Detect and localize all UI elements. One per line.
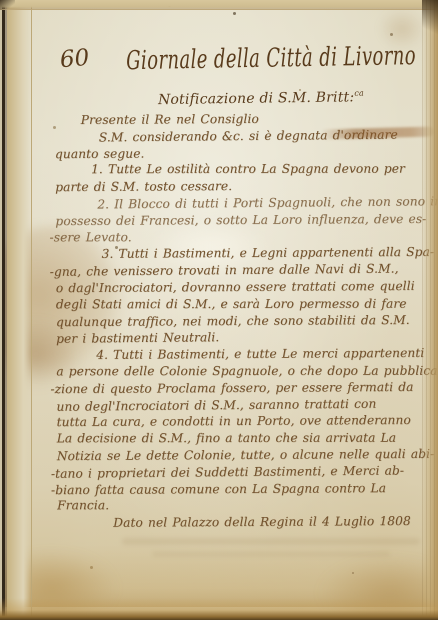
subtitle-text: Notificazione di S.M. Britt: [158, 89, 355, 108]
ink-bleedthrough [152, 551, 390, 557]
manuscript-line: S.M. considerando &c. si è degnata d'ord… [99, 126, 429, 146]
manuscript-line: -tano i proprietari dei Suddetti Bastime… [51, 462, 431, 482]
journal-title: Giornale della Città di Livorno [126, 41, 416, 77]
binding-shadow-left [0, 0, 7, 620]
manuscript-line: quanto segue. [55, 143, 429, 162]
stain [0, 552, 116, 620]
manuscript-line: uno degl'Incrociatori di S.M., saranno t… [56, 395, 430, 415]
manuscript-line: degli Stati amici di S.M., e sarà Loro p… [56, 295, 430, 312]
manuscript-line: -biano fatta causa comune con La Spagna … [51, 479, 431, 498]
stain [0, 545, 438, 607]
manuscript-line: possesso dei Francesi, o sotto La Loro i… [55, 211, 429, 230]
manuscript-line: 1. Tutte Le ostilità contro La Spagna de… [91, 161, 429, 178]
stain [320, 558, 438, 620]
speck [168, 4, 171, 7]
corner-mark-top-left [0, 0, 15, 10]
manuscript-line: La decisione di S.M., fino a tanto che s… [57, 430, 431, 447]
manuscript-page-scan: 60 Giornale della Città di Livorno Notif… [0, 0, 438, 620]
page-edge-left [7, 0, 32, 620]
dateline: Dato nel Palazzo della Regina il 4 Lugli… [113, 513, 431, 532]
manuscript-line: Francia. [57, 497, 431, 514]
manuscript-line: o dagl'Incrociatori, dovranno essere tra… [56, 278, 430, 297]
speck [352, 572, 354, 574]
manuscript-line: -sere Levato. [49, 228, 429, 245]
page-number: 60 [59, 45, 90, 73]
manuscript-body: Presente il Re nel ConsiglioS.M. conside… [55, 110, 432, 532]
subtitle-superscript: ca [354, 89, 364, 98]
speck [390, 33, 393, 36]
corner-mark-top-right [422, 0, 438, 44]
notification-subtitle: Notificazione di S.M. Britt:ca [158, 89, 364, 109]
speck [90, 566, 93, 569]
speck [233, 12, 236, 15]
page-edge-bottom [0, 598, 438, 620]
ink-bleedthrough [122, 538, 420, 545]
manuscript-line: 4. Tutti i Bastimenti, e tutte Le merci … [96, 345, 430, 364]
manuscript-line: a persone delle Colonie Spagnuole, o che… [56, 363, 430, 380]
page-edge-top [0, 0, 438, 10]
